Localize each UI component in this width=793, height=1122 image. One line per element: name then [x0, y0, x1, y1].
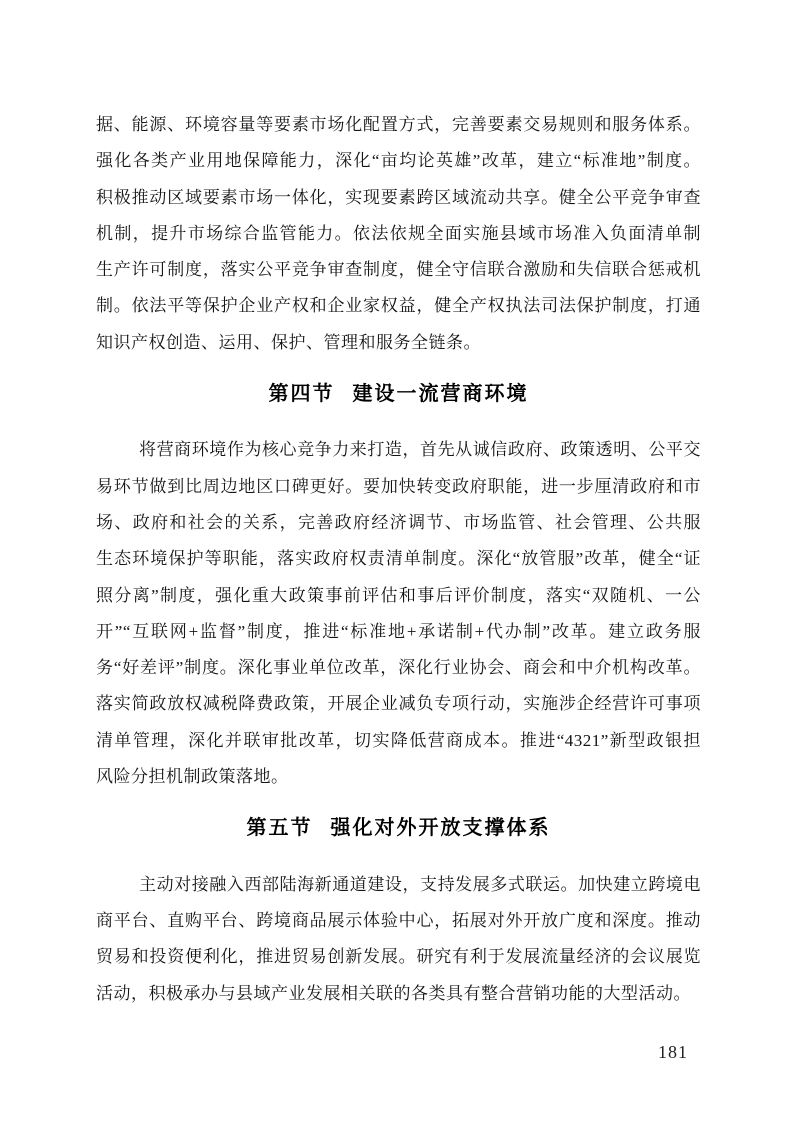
- text-line: 易环节做到比周边地区口碑更好。要加快转变政府职能，进一步厘清政府和市: [96, 469, 701, 505]
- page-content: 据、能源、环境容量等要素市场化配置方式，完善要素交易规则和服务体系。 强化各类产…: [96, 107, 701, 1012]
- section-5-heading: 第五节强化对外开放支撑体系: [96, 810, 701, 846]
- text-line: 强化各类产业用地保障能力，深化“亩均论英雄”改革，建立“标准地”制度。: [96, 143, 701, 179]
- text-line: 生产许可制度，落实公平竞争审查制度，健全守信联合激励和失信联合惩戒机: [96, 252, 701, 288]
- paragraph-section-5: 主动对接融入西部陆海新通道建设，支持发展多式联运。加快建立跨境电 商平台、直购平…: [96, 867, 701, 1012]
- text-line: 务“好差评”制度。深化事业单位改革，深化行业协会、商会和中介机构改革。: [96, 650, 701, 686]
- text-line: 活动，积极承办与县域产业发展相关联的各类具有整合营销功能的大型活动。: [96, 976, 701, 1012]
- text-line: 落实简政放权减税降费政策，开展企业减负专项行动，实施涉企经营许可事项: [96, 686, 701, 722]
- paragraph-section-4: 将营商环境作为核心竞争力来打造，首先从诚信政府、政策透明、公平交 易环节做到比周…: [96, 432, 701, 795]
- paragraph-continued: 据、能源、环境容量等要素市场化配置方式，完善要素交易规则和服务体系。 强化各类产…: [96, 107, 701, 361]
- text-line: 机制，提升市场综合监管能力。依法依规全面实施县域市场准入负面清单制度、: [96, 216, 701, 252]
- text-line: 据、能源、环境容量等要素市场化配置方式，完善要素交易规则和服务体系。: [96, 107, 701, 143]
- text-line: 主动对接融入西部陆海新通道建设，支持发展多式联运。加快建立跨境电: [96, 867, 701, 903]
- section-4-heading-title: 建设一流营商环境: [353, 383, 529, 405]
- section-5-heading-title: 强化对外开放支撑体系: [331, 817, 551, 839]
- text-line: 知识产权创造、运用、保护、管理和服务全链条。: [96, 325, 701, 361]
- text-line: 清单管理，深化并联审批改革，切实降低营商成本。推进“4321”新型政银担: [96, 723, 701, 759]
- text-line: 积极推动区域要素市场一体化，实现要素跨区域流动共享。健全公平竞争审查: [96, 180, 701, 216]
- page-number: 181: [658, 1042, 688, 1062]
- text-line: 开”“互联网+监督”制度，推进“标准地+承诺制+代办制”改革。建立政务服: [96, 614, 701, 650]
- text-line: 场、政府和社会的关系，完善政府经济调节、市场监管、社会管理、公共服务、: [96, 505, 701, 541]
- text-line: 将营商环境作为核心竞争力来打造，首先从诚信政府、政策透明、公平交: [96, 432, 701, 468]
- text-line: 照分离”制度，强化重大政策事前评估和事后评价制度，落实“双随机、一公: [96, 578, 701, 614]
- text-line: 商平台、直购平台、跨境商品展示体验中心，拓展对外开放广度和深度。推动: [96, 903, 701, 939]
- text-line: 贸易和投资便利化，推进贸易创新发展。研究有利于发展流量经济的会议展览: [96, 939, 701, 975]
- section-4-heading-label: 第四节: [269, 383, 335, 405]
- text-line: 风险分担机制政策落地。: [96, 759, 701, 795]
- section-4-heading: 第四节建设一流营商环境: [96, 376, 701, 412]
- text-line: 生态环境保护等职能，落实政府权责清单制度。深化“放管服”改革，健全“证: [96, 541, 701, 577]
- section-5-heading-label: 第五节: [247, 817, 313, 839]
- document-page: 据、能源、环境容量等要素市场化配置方式，完善要素交易规则和服务体系。 强化各类产…: [0, 0, 793, 1122]
- text-line: 制。依法平等保护企业产权和企业家权益，健全产权执法司法保护制度，打通: [96, 288, 701, 324]
